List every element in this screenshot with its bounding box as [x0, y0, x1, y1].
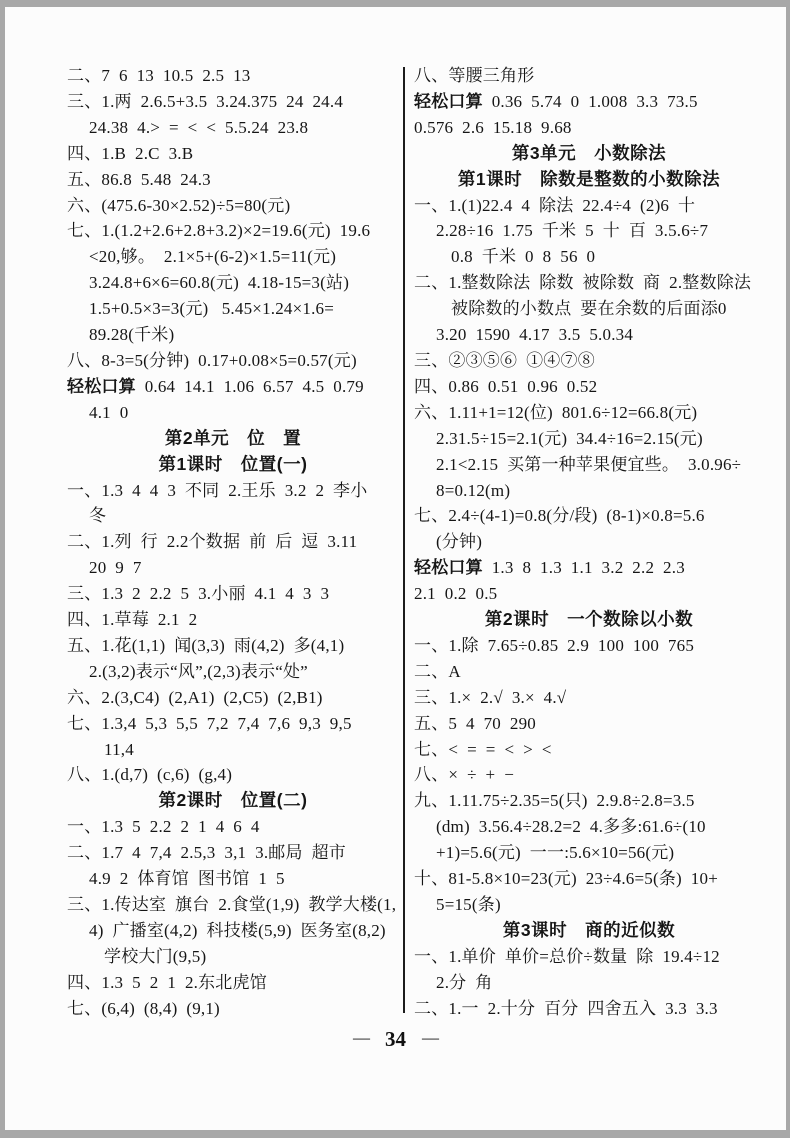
- answer-line: 轻松口算 1.3 8 1.3 1.1 3.2 2.2 2.3: [414, 555, 764, 581]
- right-column: 八、等腰三角形轻松口算 0.36 5.74 0 1.008 3.3 73.50.…: [414, 63, 764, 1022]
- section-heading: 第2课时 一个数除以小数: [414, 607, 764, 633]
- answer-line: 三、1.3 2 2.2 5 3.小丽 4.1 4 3 3: [67, 581, 399, 607]
- answer-line: 0.576 2.6 15.18 9.68: [414, 115, 764, 141]
- answer-line: 2.(3,2)表示“风”,(2,3)表示“处”: [67, 659, 399, 685]
- answer-line: 2.31.5÷15=2.1(元) 34.4÷16=2.15(元): [414, 426, 764, 452]
- answer-line: 八、× ÷ + −: [414, 762, 764, 788]
- answer-line: 二、7 6 13 10.5 2.5 13: [67, 63, 399, 89]
- left-column: 二、7 6 13 10.5 2.5 13三、1.两 2.6.5+3.5 3.24…: [67, 63, 399, 1022]
- answer-section-label: 轻松口算: [67, 377, 136, 396]
- answer-line: 九、1.11.75÷2.35=5(只) 2.9.8÷2.8=3.5: [414, 788, 764, 814]
- answer-line: 二、1.一 2.十分 百分 四舍五入 3.3 3.3: [414, 996, 764, 1022]
- answer-line: 七、2.4÷(4-1)=0.8(分/段) (8-1)×0.8=5.6: [414, 503, 764, 529]
- answer-line: 一、1.3 5 2.2 2 1 4 6 4: [67, 814, 399, 840]
- footer-dash-right: —: [422, 1028, 438, 1047]
- answer-line: 3.20 1590 4.17 3.5 5.0.34: [414, 322, 764, 348]
- answer-line: 二、A: [414, 659, 764, 685]
- answer-line: 五、86.8 5.48 24.3: [67, 167, 399, 193]
- page-number: 34: [385, 1027, 406, 1051]
- answer-line: 六、2.(3,C4) (2,A1) (2,C5) (2,B1): [67, 685, 399, 711]
- answer-line: 八、8-3=5(分钟) 0.17+0.08×5=0.57(元): [67, 348, 399, 374]
- answer-line: 五、5 4 70 290: [414, 711, 764, 737]
- answer-line: 三、1.传达室 旗台 2.食堂(1,9) 教学大楼(1,: [67, 892, 399, 918]
- answer-line: 二、1.7 4 7,4 2.5,3 3,1 3.邮局 超市: [67, 840, 399, 866]
- answer-line: 2.1<2.15 买第一种苹果便宜些。 3.0.96÷: [414, 452, 764, 478]
- section-heading: 第1课时 除数是整数的小数除法: [414, 167, 764, 193]
- answer-line: +1)=5.6(元) 一一:5.6×10=56(元): [414, 840, 764, 866]
- answer-line: 一、1.除 7.65÷0.85 2.9 100 100 765: [414, 633, 764, 659]
- answer-line: 2.28÷16 1.75 千米 5 十 百 3.5.6÷7: [414, 218, 764, 244]
- answer-line: 2.分 角: [414, 970, 764, 996]
- answer-line: (分钟): [414, 529, 764, 555]
- answer-line: 89.28(千米): [67, 322, 399, 348]
- answer-line: 四、1.草莓 2.1 2: [67, 607, 399, 633]
- answer-line: 2.1 0.2 0.5: [414, 581, 764, 607]
- footer-dash-left: —: [353, 1028, 369, 1047]
- answer-line: 三、1.两 2.6.5+3.5 3.24.375 24 24.4: [67, 89, 399, 115]
- answer-line: (dm) 3.56.4÷28.2=2 4.多多:61.6÷(10: [414, 814, 764, 840]
- answer-line: 八、1.(d,7) (c,6) (g,4): [67, 762, 399, 788]
- answer-line: 0.8 千米 0 8 56 0: [414, 244, 764, 270]
- answer-line: 七、< = = < > <: [414, 737, 764, 763]
- section-heading: 第1课时 位置(一): [67, 452, 399, 478]
- answer-line: 4.1 0: [67, 400, 399, 426]
- answer-line: 一、1.(1)22.4 4 除法 22.4÷4 (2)6 十: [414, 193, 764, 219]
- answer-line: 八、等腰三角形: [414, 63, 764, 89]
- answer-page: 二、7 6 13 10.5 2.5 13三、1.两 2.6.5+3.5 3.24…: [5, 7, 786, 1130]
- answer-line: 六、1.11+1=12(位) 801.6÷12=66.8(元): [414, 400, 764, 426]
- answer-line: 冬: [67, 503, 399, 529]
- answer-line: 十、81-5.8×10=23(元) 23÷4.6=5(条) 10+: [414, 866, 764, 892]
- answer-line: 四、1.B 2.C 3.B: [67, 141, 399, 167]
- answer-section-label: 轻松口算: [414, 558, 483, 577]
- answer-line: 3.24.8+6×6=60.8(元) 4.18-15=3(站): [67, 270, 399, 296]
- answer-line: 三、1.× 2.√ 3.× 4.√: [414, 685, 764, 711]
- answer-line: 5=15(条): [414, 892, 764, 918]
- answer-line: 被除数的小数点 要在余数的后面添0: [414, 296, 764, 322]
- answer-line: 学校大门(9,5): [67, 944, 399, 970]
- answer-line: 11,4: [67, 737, 399, 763]
- answer-line: 七、(6,4) (8,4) (9,1): [67, 996, 399, 1022]
- section-heading: 第3课时 商的近似数: [414, 918, 764, 944]
- answer-line: 轻松口算 0.36 5.74 0 1.008 3.3 73.5: [414, 89, 764, 115]
- answer-line: 五、1.花(1,1) 闻(3,3) 雨(4,2) 多(4,1): [67, 633, 399, 659]
- answer-line: 三、②③⑤⑥ ①④⑦⑧: [414, 348, 764, 374]
- page-footer: —34—: [5, 1027, 786, 1052]
- answer-line: 1.5+0.5×3=3(元) 5.45×1.24×1.6=: [67, 296, 399, 322]
- answer-line: 二、1.整数除法 除数 被除数 商 2.整数除法: [414, 270, 764, 296]
- answer-line: 一、1.单价 单价=总价÷数量 除 19.4÷12: [414, 944, 764, 970]
- answer-line: 六、(475.6-30×2.52)÷5=80(元): [67, 193, 399, 219]
- answers-content: 二、7 6 13 10.5 2.5 13三、1.两 2.6.5+3.5 3.24…: [5, 63, 764, 1022]
- answer-line: 一、1.3 4 4 3 不同 2.王乐 3.2 2 李小: [67, 478, 399, 504]
- answer-line: <20,够。 2.1×5+(6-2)×1.5=11(元): [67, 244, 399, 270]
- answer-line: 四、0.86 0.51 0.96 0.52: [414, 374, 764, 400]
- answer-line: 七、1.(1.2+2.6+2.8+3.2)×2=19.6(元) 19.6: [67, 218, 399, 244]
- answer-line: 24.38 4.> = < < 5.5.24 23.8: [67, 115, 399, 141]
- section-heading: 第2单元 位 置: [67, 426, 399, 452]
- answer-line: 七、1.3,4 5,3 5,5 7,2 7,4 7,6 9,3 9,5: [67, 711, 399, 737]
- column-divider-rule: [403, 67, 405, 1013]
- section-heading: 第3单元 小数除法: [414, 141, 764, 167]
- answer-line: 四、1.3 5 2 1 2.东北虎馆: [67, 970, 399, 996]
- answer-line: 4.9 2 体育馆 图书馆 1 5: [67, 866, 399, 892]
- answer-line: 轻松口算 0.64 14.1 1.06 6.57 4.5 0.79: [67, 374, 399, 400]
- answer-line: 4) 广播室(4,2) 科技楼(5,9) 医务室(8,2): [67, 918, 399, 944]
- section-heading: 第2课时 位置(二): [67, 788, 399, 814]
- workbook-answer-page-scan: { "page": { "footer": { "dash_left": "—"…: [0, 0, 790, 1138]
- answer-line: 8=0.12(m): [414, 478, 764, 504]
- answer-line: 二、1.列 行 2.2个数据 前 后 逗 3.11: [67, 529, 399, 555]
- answer-section-label: 轻松口算: [414, 92, 483, 111]
- answer-line: 20 9 7: [67, 555, 399, 581]
